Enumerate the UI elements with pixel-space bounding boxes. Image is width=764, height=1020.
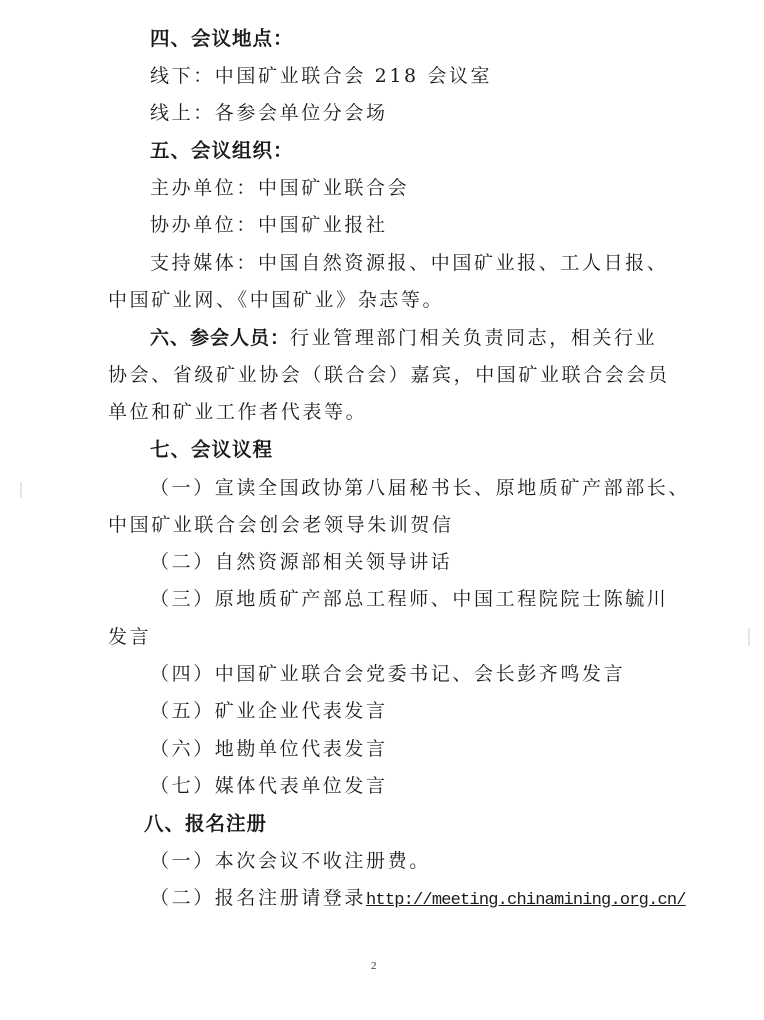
- attendees-line1: 六、参会人员：行业管理部门相关负责同志，相关行业: [150, 325, 700, 351]
- section-heading-attendees: 六、参会人员：: [150, 327, 290, 349]
- section-heading-organization: 五、会议组织：: [150, 138, 700, 164]
- section-heading-venue: 四、会议地点：: [150, 26, 700, 52]
- venue-offline: 线下：中国矿业联合会 218 会议室: [150, 63, 700, 89]
- attendees-line3: 单位和矿业工作者代表等。: [108, 399, 658, 425]
- document-page: 四、会议地点： 线下：中国矿业联合会 218 会议室 线上：各参会单位分会场 五…: [0, 0, 764, 1020]
- host-unit: 主办单位：中国矿业联合会: [150, 175, 700, 201]
- registration-item-1: （一）本次会议不收注册费。: [150, 848, 700, 874]
- agenda-item-2: （二）自然资源部相关领导讲话: [150, 549, 700, 575]
- scan-artifact-right: [748, 628, 750, 646]
- registration-item-2-text: （二）报名注册请登录: [150, 887, 366, 909]
- agenda-item-3-line1: （三）原地质矿产部总工程师、中国工程院院士陈毓川: [150, 586, 700, 612]
- scan-artifact-left: [20, 482, 22, 498]
- agenda-item-1-line1: （一）宣读全国政协第八届秘书长、原地质矿产部部长、: [150, 475, 700, 501]
- section-heading-registration: 八、报名注册: [144, 811, 694, 837]
- venue-online: 线上：各参会单位分会场: [150, 100, 700, 126]
- co-host-unit: 协办单位：中国矿业报社: [150, 212, 700, 238]
- support-media-line2: 中国矿业网、《中国矿业》杂志等。: [108, 287, 658, 313]
- agenda-item-6: （六）地勘单位代表发言: [150, 736, 700, 762]
- section-heading-agenda: 七、会议议程: [150, 437, 700, 463]
- attendees-line2: 协会、省级矿业协会（联合会）嘉宾，中国矿业联合会会员: [108, 362, 658, 388]
- support-media-line1: 支持媒体：中国自然资源报、中国矿业报、工人日报、: [150, 250, 700, 276]
- registration-link[interactable]: http://meeting.chinamining.org.cn/: [366, 891, 686, 910]
- agenda-item-4: （四）中国矿业联合会党委书记、会长彭齐鸣发言: [150, 661, 700, 687]
- page-number: 2: [371, 960, 377, 972]
- registration-item-2: （二）报名注册请登录http://meeting.chinamining.org…: [150, 885, 700, 914]
- attendees-text: 行业管理部门相关负责同志，相关行业: [290, 327, 657, 349]
- agenda-item-5: （五）矿业企业代表发言: [150, 698, 700, 724]
- agenda-item-7: （七）媒体代表单位发言: [150, 773, 700, 799]
- agenda-item-1-line2: 中国矿业联合会创会老领导朱训贺信: [108, 512, 658, 538]
- agenda-item-3-line2: 发言: [108, 624, 658, 650]
